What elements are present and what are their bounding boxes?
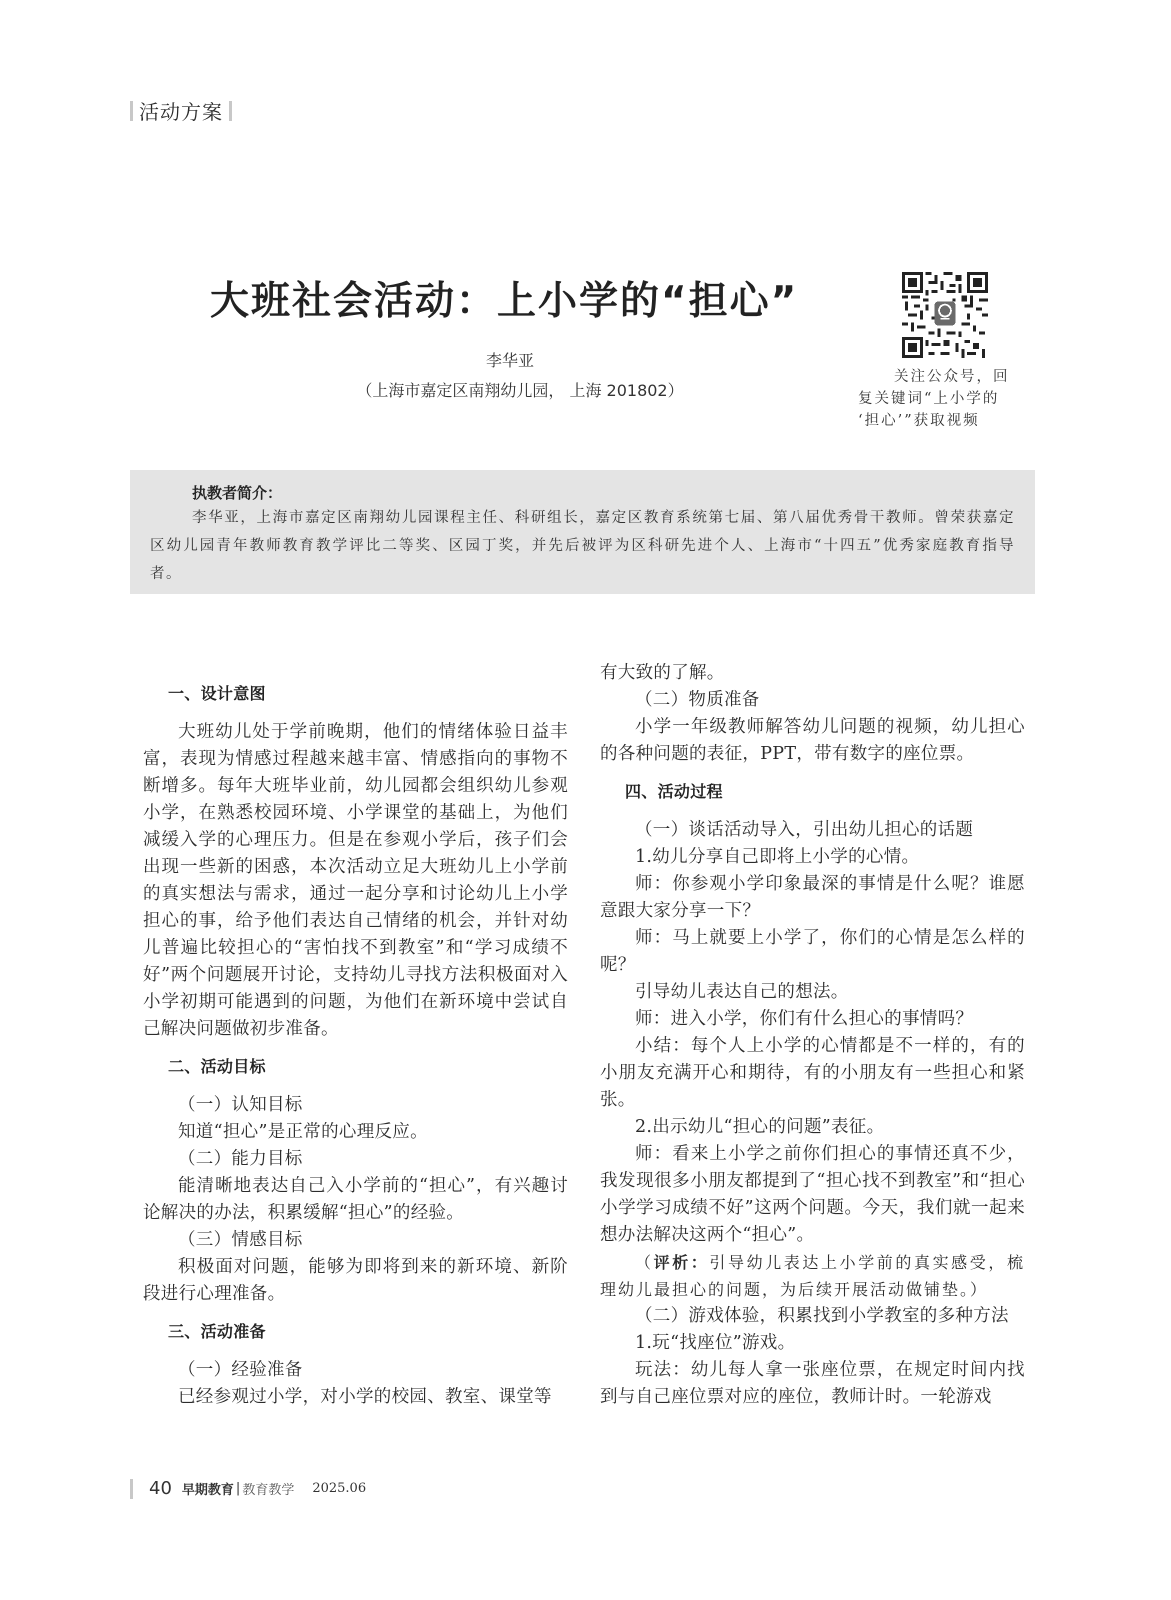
- paragraph: 师：进入小学，你们有什么担心的事情吗？: [600, 1006, 1025, 1033]
- paragraph: 小学一年级教师解答幼儿问题的视频，幼儿担心的各种问题的表征，PPT，带有数字的座…: [600, 714, 1025, 768]
- paragraph: 已经参观过小学，对小学的校园、教室、课堂等: [143, 1384, 568, 1411]
- qr-note-line-1: 关注公众号，回: [858, 366, 1038, 388]
- section-tag-label: 活动方案: [139, 96, 223, 125]
- page-footer: 40 早期教育 | 教育教学 2025.06: [130, 1478, 366, 1499]
- heading-design-intent: 一、设计意图: [143, 680, 568, 707]
- subheading: （一）谈话活动导入，引出幼儿担心的话题: [600, 817, 1025, 844]
- qr-instruction: 关注公众号，回 复关键词“上小学的 ‘担心’”获取视频: [858, 366, 1038, 432]
- paragraph: 小结：每个人上小学的心情都是不一样的，有的小朋友充满开心和期待，有的小朋友有一些…: [600, 1033, 1025, 1114]
- tag-bar-left: [130, 101, 133, 121]
- bio-heading: 执教者简介：: [150, 482, 1015, 504]
- subheading: （三）情感目标: [143, 1227, 568, 1254]
- qr-note-line-2: 复关键词“上小学的: [858, 388, 1038, 410]
- subheading: （一）经验准备: [143, 1357, 568, 1384]
- commentary: （评析：引导幼儿表达上小学前的真实感受，梳理幼儿最担心的问题，为后续开展活动做铺…: [600, 1249, 1025, 1303]
- heading-activity-process: 四、活动过程: [600, 778, 1025, 805]
- paragraph: 师：看来上小学之前你们担心的事情还真不少，我发现很多小朋友都提到了“担心找不到教…: [600, 1141, 1025, 1249]
- commentary-label: 评析：: [654, 1253, 710, 1272]
- paragraph: 玩法：幼儿每人拿一张座位票，在规定时间内找到与自己座位票对应的座位，教师计时。一…: [600, 1357, 1025, 1411]
- subheading: （二）游戏体验，积累找到小学教室的多种方法: [600, 1303, 1025, 1330]
- subheading: （一）认知目标: [143, 1092, 568, 1119]
- issue-date: 2025.06: [312, 1481, 366, 1496]
- journal-name: 早期教育: [182, 1479, 234, 1498]
- paragraph: 师：你参观小学印象最深的事情是什么呢？谁愿意跟大家分享一下？: [600, 871, 1025, 925]
- author-affiliation: （上海市嘉定区南翔幼儿园， 上海 201802）: [180, 378, 860, 401]
- paragraph: 能清晰地表达自己入小学前的“担心”，有兴趣讨论解决的办法，积累缓解“担心”的经验…: [143, 1173, 568, 1227]
- left-column: 一、设计意图 大班幼儿处于学前晚期，他们的情绪体验日益丰富，表现为情感过程越来越…: [143, 676, 568, 1411]
- qr-code-icon: [902, 272, 988, 358]
- heading-activity-preparation: 三、活动准备: [143, 1318, 568, 1345]
- article-title: 大班社会活动：上小学的“担心”: [210, 270, 798, 326]
- page-number: 40: [149, 1478, 172, 1499]
- paragraph: 引导幼儿表达自己的想法。: [600, 979, 1025, 1006]
- paragraph: 知道“担心”是正常的心理反应。: [143, 1119, 568, 1146]
- paragraph: 1.玩“找座位”游戏。: [600, 1330, 1025, 1357]
- paragraph: 大班幼儿处于学前晚期，他们的情绪体验日益丰富，表现为情感过程越来越丰富、情感指向…: [143, 719, 568, 1043]
- teacher-bio-box: 执教者简介： 李华亚，上海市嘉定区南翔幼儿园课程主任、科研组长，嘉定区教育系统第…: [130, 470, 1035, 594]
- paragraph: 2.出示幼儿“担心的问题”表征。: [600, 1114, 1025, 1141]
- section-tag: 活动方案: [130, 96, 232, 125]
- subheading: （二）物质准备: [600, 687, 1025, 714]
- qr-note-line-3: ‘担心’”获取视频: [858, 410, 1038, 432]
- subheading: （二）能力目标: [143, 1146, 568, 1173]
- right-column: 有大致的了解。 （二）物质准备 小学一年级教师解答幼儿问题的视频，幼儿担心的各种…: [600, 660, 1025, 1411]
- paragraph: 积极面对问题，能够为即将到来的新环境、新阶段进行心理准备。: [143, 1254, 568, 1308]
- bio-text: 李华亚，上海市嘉定区南翔幼儿园课程主任、科研组长，嘉定区教育系统第七届、第八届优…: [150, 504, 1015, 588]
- paragraph: 师：马上就要上小学了，你们的心情是怎么样的呢？: [600, 925, 1025, 979]
- tag-bar-right: [229, 101, 232, 121]
- journal-section: 教育教学: [242, 1479, 294, 1498]
- footer-bar: [130, 1479, 133, 1499]
- journal-info: 早期教育 | 教育教学: [182, 1479, 294, 1498]
- footer-separator: |: [236, 1481, 240, 1496]
- paragraph: 有大致的了解。: [600, 660, 1025, 687]
- heading-activity-goals: 二、活动目标: [143, 1053, 568, 1080]
- paragraph: 1.幼儿分享自己即将上小学的心情。: [600, 844, 1025, 871]
